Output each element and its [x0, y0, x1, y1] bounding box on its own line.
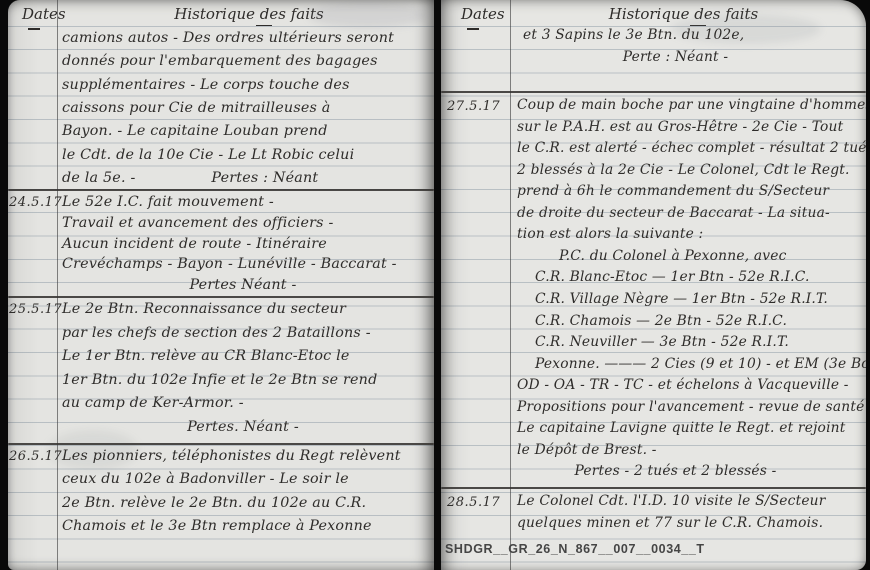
entry-line: le C.R. est alerté - échec complet - rés… [517, 140, 866, 156]
entry-line: Aucun incident de route - Itinéraire [62, 236, 327, 252]
date-column-divider [510, 0, 511, 570]
entry-line: ceux du 102e à Badonviller - Le soir le [62, 471, 349, 487]
entry-separator [8, 296, 434, 298]
entry-line: Pertes Néant - [88, 277, 398, 293]
entry-line: P.C. du Colonel à Pexonne, avec [559, 248, 787, 264]
entry-line: C.R. Blanc-Etoc — 1er Btn - 52e R.I.C. [535, 269, 810, 285]
entry-separator [8, 443, 434, 445]
scanned-journal-page: Dates Historique des faits camions autos… [0, 0, 870, 570]
entry-line: sur le P.A.H. est au Gros-Hêtre - 2e Cie… [517, 119, 843, 135]
entry-line: Crevéchamps - Bayon - Lunéville - Baccar… [62, 256, 397, 272]
entry-line: Le 2e Btn. Reconnaissance du secteur [62, 301, 346, 317]
dates-header: Dates [461, 5, 505, 23]
entry-line: de droite du secteur de Baccarat - La si… [517, 205, 830, 221]
entry-line: Travail et avancement des officiers - [62, 215, 334, 231]
dates-header: Dates [22, 5, 66, 23]
entry-line: Chamois et le 3e Btn remplace à Pexonne [62, 518, 372, 534]
entry-line: quelques minen et 77 sur le C.R. Chamois… [517, 515, 823, 531]
entry-date: 28.5.17 [447, 495, 500, 510]
pencil-smudge [308, 2, 428, 28]
entry-line: tion est alors la suivante : [517, 226, 703, 242]
entry-line: par les chefs de section des 2 Bataillon… [62, 325, 371, 341]
left-page: Dates Historique des faits camions autos… [8, 0, 434, 570]
entry-line: 2e Btn. relève le 2e Btn. du 102e au C.R… [62, 495, 366, 511]
entry-separator [8, 189, 434, 191]
entry-line: Pexonne. ——— 2 Cies (9 et 10) - et EM (3… [535, 356, 866, 372]
entry-line: le Cdt. de la 10e Cie - Le Lt Robic celu… [62, 147, 354, 163]
entry-line: Bayon. - Le capitaine Louban prend [62, 123, 328, 139]
entry-line: Coup de main boche par une vingtaine d'h… [517, 97, 866, 113]
entry-date: 27.5.17 [447, 99, 500, 114]
entry-line: Pertes - 2 tués et 2 blessés - [521, 463, 830, 479]
entry-line: Le 1er Btn. relève au CR Blanc-Etoc le [62, 348, 350, 364]
entry-date: 26.5.17 [9, 449, 62, 464]
entry-line: Le 52e I.C. fait mouvement - [62, 194, 274, 210]
entry-line: et 3 Sapins le 3e Btn. du 102e, [523, 27, 744, 43]
entry-line: Propositions pour l'avancement - revue d… [517, 399, 866, 415]
entry-separator [441, 91, 866, 93]
right-page: Dates Historique des faits SHDGR__GR_26_… [441, 0, 866, 570]
entry-line: Le Colonel Cdt. l'I.D. 10 visite le S/Se… [517, 493, 826, 509]
entry-line: 2 blessés à la 2e Cie - Le Colonel, Cdt … [517, 162, 850, 178]
entry-line: Perte : Néant - [521, 49, 830, 65]
entry-line: C.R. Village Nègre — 1er Btn - 52e R.I.T… [535, 291, 828, 307]
entry-line: le Dépôt de Brest. - [517, 442, 657, 458]
entry-line: de la 5e. - Pertes : Néant [62, 170, 318, 186]
entry-separator [441, 487, 866, 489]
date-column-divider [57, 0, 58, 570]
entry-date: 25.5.17 [9, 302, 62, 317]
entry-line: Les pionniers, téléphonistes du Regt rel… [62, 448, 401, 464]
entry-line: C.R. Neuviller — 3e Btn - 52e R.I.T. [535, 334, 789, 350]
entry-line: donnés pour l'embarquement des bagages [62, 53, 378, 69]
entry-line: au camp de Ker-Armor. - [62, 395, 244, 411]
entry-line: supplémentaires - Le corps touche des [62, 77, 350, 93]
entry-line: C.R. Chamois — 2e Btn - 52e R.I.C. [535, 313, 787, 329]
entry-line: Pertes. Néant - [88, 419, 398, 435]
entry-line: camions autos - Des ordres ultérieurs se… [62, 30, 394, 46]
entry-line: caissons pour Cie de mitrailleuses à [62, 100, 331, 116]
entry-line: Le capitaine Lavigne quitte le Regt. et … [517, 420, 846, 436]
entry-line: OD - OA - TR - TC - et échelons à Vacque… [517, 377, 849, 393]
archive-reference: SHDGR__GR_26_N_867__007__0034__T [445, 542, 705, 556]
entry-line: 1er Btn. du 102e Infie et le 2e Btn se r… [62, 372, 377, 388]
entry-date: 24.5.17 [9, 195, 62, 210]
entry-line: prend à 6h le commandement du S/Secteur [517, 183, 829, 199]
